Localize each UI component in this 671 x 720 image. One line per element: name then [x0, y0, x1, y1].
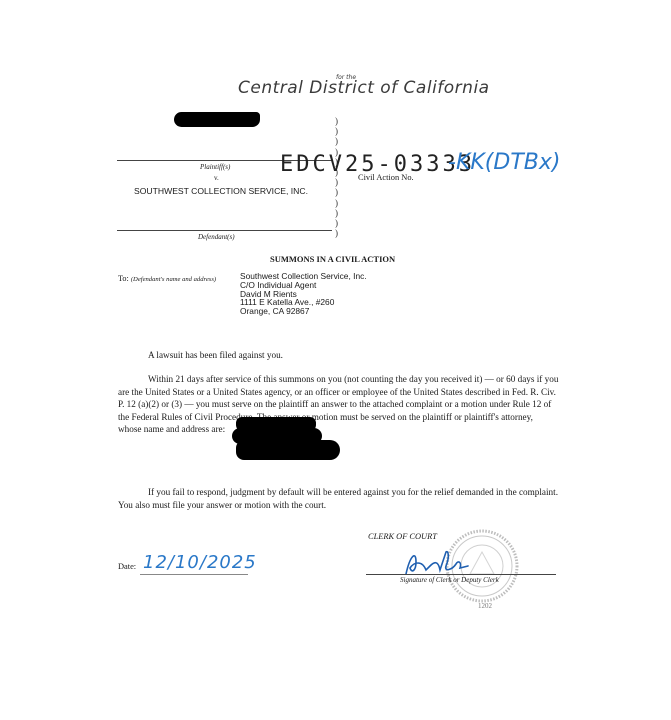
- bracket-mark: ): [335, 218, 338, 228]
- to-label: To: (Defendant's name and address): [118, 274, 216, 283]
- defendant-address: Southwest Collection Service, Inc.C/O In…: [240, 272, 367, 316]
- defendant-line: [117, 230, 332, 231]
- para3-line: If you fail to respond, judgment by defa…: [118, 486, 568, 499]
- para2-line: the Federal Rules of Civil Procedure. Th…: [118, 411, 558, 424]
- summons-title: SUMMONS IN A CIVIL ACTION: [270, 254, 395, 264]
- bracket-mark: ): [335, 187, 338, 197]
- court-district-superscript: for the: [336, 74, 356, 81]
- bracket-mark: ): [335, 126, 338, 136]
- caption-bracket: )))))))))))): [335, 116, 338, 238]
- plaintiff-redaction: [174, 112, 260, 127]
- to-label-italic: (Defendant's name and address): [131, 276, 216, 283]
- clerk-heading: CLERK OF COURT: [368, 532, 437, 541]
- para-default-judgment: If you fail to respond, judgment by defa…: [118, 486, 568, 511]
- signature-line: [366, 574, 556, 575]
- para-response-deadline: Within 21 days after service of this sum…: [118, 373, 558, 436]
- date-value: 12/10/2025: [143, 552, 257, 573]
- to-prefix: To:: [118, 274, 129, 283]
- civil-action-label: Civil Action No.: [358, 173, 414, 182]
- seal-number: 1202: [478, 602, 492, 610]
- bracket-mark: ): [335, 208, 338, 218]
- bracket-mark: ): [335, 198, 338, 208]
- case-number-handwritten: -KK(DTBx): [448, 150, 560, 175]
- para-lawsuit-filed: A lawsuit has been filed against you.: [148, 349, 283, 362]
- date-label: Date:: [118, 562, 136, 571]
- para2-line: Within 21 days after service of this sum…: [118, 373, 558, 386]
- para3-line: You also must file your answer or motion…: [118, 499, 568, 512]
- para2-line: whose name and address are:: [118, 423, 558, 436]
- defendant-label: Defendant(s): [198, 233, 235, 241]
- para2-line: P. 12 (a)(2) or (3) — you must serve on …: [118, 398, 558, 411]
- date-line: [140, 574, 248, 575]
- court-district-text: Central District of California: [238, 78, 490, 98]
- attorney-redaction: [236, 440, 340, 460]
- address-line: Orange, CA 92867: [240, 307, 367, 316]
- bracket-mark: ): [335, 116, 338, 126]
- bracket-mark: ): [335, 228, 338, 238]
- plaintiff-label: Plaintiff(s): [200, 163, 230, 171]
- bracket-mark: ): [335, 177, 338, 187]
- para2-line: are the United States or a United States…: [118, 386, 558, 399]
- signature-label: Signature of Clerk or Deputy Clerk: [400, 576, 499, 584]
- defendant-name: SOUTHWEST COLLECTION SERVICE, INC.: [134, 186, 308, 196]
- versus-label: v.: [214, 174, 219, 182]
- court-district: Central District of California: [238, 78, 490, 98]
- bracket-mark: ): [335, 136, 338, 146]
